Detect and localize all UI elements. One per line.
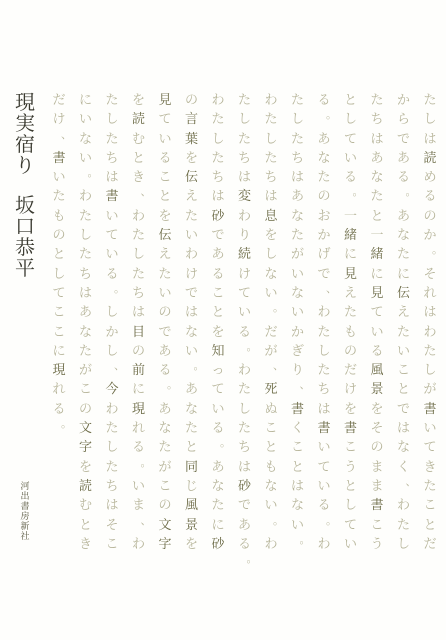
text-char: 。 (288, 535, 308, 554)
text-char: れ (129, 419, 149, 438)
text-char: し (394, 535, 414, 554)
text-char: 。 (102, 284, 122, 303)
text-char: そ (420, 265, 440, 284)
text-char: 読 (129, 110, 149, 129)
text-char: が (420, 380, 440, 399)
text-char: こ (155, 477, 175, 496)
text-char: い (288, 265, 308, 284)
text-char: 書 (367, 496, 387, 515)
text-char: い (235, 303, 255, 322)
text-char: た (208, 149, 228, 168)
text-char: に (341, 245, 361, 264)
text-char: わ (102, 400, 122, 419)
text-char: む (129, 130, 149, 149)
text-char: し (102, 438, 122, 457)
text-char: と (420, 516, 440, 535)
text-char: ち (288, 149, 308, 168)
text-char: は (288, 168, 308, 187)
text-char: に (394, 265, 414, 284)
text-char: て (367, 303, 387, 322)
text-char: を (341, 400, 361, 419)
text-char: え (182, 187, 202, 206)
text-char: た (288, 91, 308, 110)
text-column: たしは読めるのか。それはわたしが書いてきたことだ (420, 91, 440, 554)
text-char: と (76, 516, 96, 535)
text-char: は (420, 130, 440, 149)
text-char: え (394, 303, 414, 322)
text-char: 。 (235, 342, 255, 361)
text-char: け (49, 110, 69, 129)
text-char: 。 (129, 458, 149, 477)
text-char: あ (76, 303, 96, 322)
text-char: 死 (261, 380, 281, 399)
text-char: わ (261, 535, 281, 554)
text-char: れ (420, 284, 440, 303)
text-char: し (420, 361, 440, 380)
text-char: ち (261, 168, 281, 187)
text-char: い (102, 207, 122, 226)
text-char: た (102, 130, 122, 149)
text-char: を (367, 400, 387, 419)
text-char: と (261, 438, 281, 457)
text-char: 見 (367, 284, 387, 303)
text-char: わ (235, 207, 255, 226)
text-char: け (182, 265, 202, 284)
text-char: 現 (129, 400, 149, 419)
text-char: に (76, 91, 96, 110)
text-char: た (394, 245, 414, 264)
text-char: て (341, 516, 361, 535)
text-char: た (341, 303, 361, 322)
text-char: い (49, 168, 69, 187)
text-char: し (102, 110, 122, 129)
text-char: を (261, 226, 281, 245)
text-char: ち (76, 265, 96, 284)
text-char: も (341, 323, 361, 342)
text-char: ち (102, 149, 122, 168)
text-column: からである。あなたに伝えたいことではなく、わたし (394, 91, 414, 554)
text-char: あ (155, 400, 175, 419)
text-char: 景 (367, 380, 387, 399)
text-char: 文 (76, 419, 96, 438)
text-char: と (394, 380, 414, 399)
text-char: こ (420, 496, 440, 515)
text-char: て (341, 130, 361, 149)
text-char: あ (208, 245, 228, 264)
text-char: は (102, 496, 122, 515)
text-char: 、 (102, 361, 122, 380)
text-char: た (208, 496, 228, 515)
text-char: 、 (129, 187, 149, 206)
text-char: じ (182, 477, 202, 496)
text-char: こ (155, 168, 175, 187)
text-column: たしたちは変わり続けている。わたしたちは砂である。 (235, 91, 255, 573)
text-char: ま (367, 458, 387, 477)
text-char: な (182, 323, 202, 342)
text-char: 。 (155, 380, 175, 399)
text-char: わ (314, 535, 334, 554)
text-char: は (288, 477, 308, 496)
vertical-char: 恭 (14, 237, 36, 258)
text-char: あ (182, 380, 202, 399)
text-char: 字 (155, 535, 175, 554)
text-char: こ (49, 303, 69, 322)
text-char: た (420, 342, 440, 361)
text-char: の (420, 207, 440, 226)
text-char: た (155, 265, 175, 284)
text-char: く (288, 419, 308, 438)
text-char: る (155, 149, 175, 168)
text-column: たしたちはあなたがいないかぎり、書くことはない。 (288, 91, 308, 554)
text-char: た (314, 168, 334, 187)
text-char: な (261, 477, 281, 496)
text-char: 文 (155, 516, 175, 535)
text-char: が (288, 245, 308, 264)
text-char: か (102, 323, 122, 342)
text-char: え (341, 284, 361, 303)
text-char: は (314, 400, 334, 419)
text-char: う (341, 458, 361, 477)
text-char: だ (420, 535, 440, 554)
text-char: こ (341, 438, 361, 457)
text-char: ぬ (261, 400, 281, 419)
text-char: わ (420, 323, 440, 342)
text-char: こ (288, 438, 308, 457)
text-column: だけ、書いたものとしてここに現れる。 (49, 91, 69, 438)
text-char: た (261, 149, 281, 168)
vertical-char: 宿 (14, 134, 36, 155)
text-char: し (288, 110, 308, 129)
text-char: ち (235, 438, 255, 457)
text-char: 変 (235, 187, 255, 206)
text-char: し (261, 245, 281, 264)
text-char: な (155, 419, 175, 438)
book-title: 現実宿り (14, 92, 36, 176)
text-char: わ (129, 535, 149, 554)
text-char: た (394, 323, 414, 342)
text-char: し (76, 226, 96, 245)
text-char: は (367, 130, 387, 149)
text-char: 同 (182, 458, 202, 477)
text-char: た (235, 130, 255, 149)
vertical-char: 書 (19, 502, 31, 512)
text-char: 、 (394, 477, 414, 496)
text-char: わ (208, 91, 228, 110)
text-char: は (420, 303, 440, 322)
text-char: り (235, 226, 255, 245)
text-char: だ (261, 323, 281, 342)
text-char: で (394, 400, 414, 419)
text-char: る (129, 438, 149, 457)
text-char: こ (261, 419, 281, 438)
text-char: し (420, 110, 440, 129)
text-char: 。 (235, 554, 255, 573)
text-char: 、 (288, 380, 308, 399)
vertical-char: 河 (19, 482, 31, 492)
text-char: い (155, 284, 175, 303)
text-char: む (76, 496, 96, 515)
text-char: た (76, 245, 96, 264)
text-char: け (235, 265, 255, 284)
text-char: い (341, 149, 361, 168)
text-char: に (367, 265, 387, 284)
text-char: あ (314, 130, 334, 149)
text-char: と (129, 149, 149, 168)
text-char: 。 (420, 245, 440, 264)
text-char: と (341, 477, 361, 496)
text-column: を読むとき、わたしたちは目の前に現れる。いま、わ (129, 91, 149, 554)
text-char: は (76, 284, 96, 303)
vertical-char: 平 (14, 258, 36, 279)
text-char: し (102, 303, 122, 322)
text-column: わたしたちは息をしない。だが、死ぬこともない。わ (261, 91, 281, 554)
text-char: な (288, 496, 308, 515)
text-char: 。 (341, 187, 361, 206)
text-char: な (394, 226, 414, 245)
text-char: 。 (76, 168, 96, 187)
text-char: 砂 (235, 477, 255, 496)
text-char: の (76, 400, 96, 419)
text-char: 緒 (367, 245, 387, 264)
text-char: 読 (76, 477, 96, 496)
vertical-char: り (14, 155, 36, 176)
text-char: 。 (394, 187, 414, 206)
text-char: に (49, 342, 69, 361)
text-char: て (208, 380, 228, 399)
text-char: の (367, 438, 387, 457)
text-char: と (182, 438, 202, 457)
text-char: い (420, 419, 440, 438)
text-char: な (367, 168, 387, 187)
text-char: し (261, 130, 281, 149)
vertical-char: 現 (14, 92, 36, 113)
text-char: で (182, 284, 202, 303)
text-char: だ (341, 361, 361, 380)
text-char: え (155, 245, 175, 264)
text-char: た (208, 110, 228, 129)
text-char: そ (367, 419, 387, 438)
text-char: し (341, 110, 361, 129)
vertical-char: 房 (19, 512, 31, 522)
text-column: たちはあなたと一緒に見ている風景をそのまま書こう (367, 91, 387, 554)
text-char: わ (314, 303, 334, 322)
text-column: の言葉を伝えたいわけではない。あなたと同じ風景を (182, 91, 202, 554)
text-char: あ (288, 187, 308, 206)
text-char: 風 (182, 496, 202, 515)
text-char: い (102, 245, 122, 264)
text-char: た (420, 91, 440, 110)
text-char: 。 (182, 361, 202, 380)
title-author-block: 現実宿り 坂口恭平 (14, 92, 36, 279)
text-char: め (420, 168, 440, 187)
text-char: る (235, 323, 255, 342)
text-char: た (235, 91, 255, 110)
text-char: わ (182, 245, 202, 264)
text-char: を (208, 323, 228, 342)
text-char: し (314, 342, 334, 361)
text-char: げ (314, 245, 334, 264)
text-char: 、 (129, 516, 149, 535)
text-char: て (49, 284, 69, 303)
text-char: い (367, 323, 387, 342)
text-char: か (288, 323, 308, 342)
text-char: な (182, 400, 202, 419)
text-char: は (235, 458, 255, 477)
text-char: な (261, 265, 281, 284)
text-char: し (235, 400, 255, 419)
text-char: と (155, 187, 175, 206)
text-char: は (182, 303, 202, 322)
text-char: た (129, 226, 149, 245)
vertical-char: 坂 (14, 195, 36, 216)
vertical-char: 新 (19, 522, 31, 532)
text-char: を (155, 207, 175, 226)
text-char: わ (76, 187, 96, 206)
text-char: の (341, 342, 361, 361)
text-char: 緒 (341, 226, 361, 245)
text-char: は (102, 168, 122, 187)
text-char: あ (235, 516, 255, 535)
text-char: ち (367, 110, 387, 129)
text-char: 。 (208, 438, 228, 457)
text-char: た (394, 516, 414, 535)
text-char: こ (208, 284, 228, 303)
text-char: か (394, 91, 414, 110)
text-char: た (182, 419, 202, 438)
text-char: た (102, 419, 122, 438)
text-char: あ (208, 458, 228, 477)
text-char: ぎ (288, 342, 308, 361)
text-char: 見 (341, 265, 361, 284)
text-column: 見ていることを伝えたいのである。あなたがこの文字 (155, 91, 175, 554)
text-char: あ (155, 342, 175, 361)
text-char: 続 (235, 245, 255, 264)
text-char: 読 (420, 149, 440, 168)
text-char: た (76, 207, 96, 226)
text-char: し (49, 265, 69, 284)
text-char: い (208, 400, 228, 419)
book-cover: たしは読めるのか。それはわたしが書いてきたことだからである。あなたに伝えたいこと… (0, 0, 446, 640)
text-char: の (314, 187, 334, 206)
text-char: 書 (314, 419, 334, 438)
text-char: そ (102, 516, 122, 535)
text-char: 書 (420, 400, 440, 419)
text-char: が (76, 361, 96, 380)
text-char: に (208, 516, 228, 535)
text-char: に (129, 380, 149, 399)
text-char: は (261, 187, 281, 206)
text-char: な (76, 323, 96, 342)
text-char: 一 (367, 226, 387, 245)
text-char: ち (208, 168, 228, 187)
text-char: を (76, 458, 96, 477)
text-char: わ (261, 91, 281, 110)
text-char: の (49, 226, 69, 245)
text-char: た (102, 458, 122, 477)
text-char: い (341, 535, 361, 554)
text-char: の (129, 342, 149, 361)
text-char: 風 (367, 361, 387, 380)
text-char: て (314, 458, 334, 477)
text-char: か (314, 226, 334, 245)
text-char: も (49, 207, 69, 226)
text-char: 字 (76, 438, 96, 457)
text-char: ち (102, 477, 122, 496)
text-char: 。 (49, 419, 69, 438)
text-char: た (288, 130, 308, 149)
text-char: 伝 (394, 284, 414, 303)
text-char: る (314, 496, 334, 515)
text-char: わ (394, 496, 414, 515)
text-char: お (314, 207, 334, 226)
text-char: 。 (261, 516, 281, 535)
text-char: な (288, 207, 308, 226)
text-char: だ (49, 91, 69, 110)
text-char: あ (394, 207, 414, 226)
text-char: こ (76, 380, 96, 399)
text-char: い (182, 226, 202, 245)
text-char: な (76, 130, 96, 149)
text-char: ち (314, 380, 334, 399)
text-char: で (208, 226, 228, 245)
text-char: て (235, 284, 255, 303)
text-char: 。 (314, 516, 334, 535)
text-char: 今 (102, 380, 122, 399)
text-column: としている。一緒に見えたものだけを書こうとしてい (341, 91, 361, 554)
text-char: で (235, 496, 255, 515)
text-char: 砂 (208, 535, 228, 554)
text-char: 目 (129, 323, 149, 342)
text-char: な (208, 477, 228, 496)
text-char: と (341, 91, 361, 110)
text-char: い (155, 130, 175, 149)
text-char: い (314, 438, 334, 457)
text-char: た (367, 187, 387, 206)
text-char: き (420, 458, 440, 477)
text-char: 書 (102, 187, 122, 206)
text-char: ち (129, 284, 149, 303)
text-char: を (182, 149, 202, 168)
text-char: た (235, 419, 255, 438)
text-char: う (367, 535, 387, 554)
text-char: し (129, 245, 149, 264)
text-column: たしたちは書いている。しかし、今わたしたちはそこ (102, 91, 122, 554)
text-char: あ (367, 149, 387, 168)
text-char: こ (367, 516, 387, 535)
text-char: る (420, 187, 440, 206)
text-column: わたしたちは砂であることを知っている。あなたに砂 (208, 91, 228, 554)
text-char: 景 (182, 516, 202, 535)
text-char: 。 (314, 110, 334, 129)
text-char: た (102, 91, 122, 110)
text-char: る (208, 265, 228, 284)
text-char: の (182, 91, 202, 110)
cover-body-text: たしは読めるのか。それはわたしが書いてきたことだからである。あなたに伝えたいこと… (0, 0, 446, 640)
text-char: と (367, 207, 387, 226)
text-column: る。あなたのおかげで、わたしたちは書いている。わ (314, 91, 334, 554)
text-char: た (288, 226, 308, 245)
text-char: い (314, 477, 334, 496)
text-char: 、 (49, 130, 69, 149)
text-char: ち (235, 149, 255, 168)
vertical-char: 出 (19, 492, 31, 502)
text-char: わ (235, 361, 255, 380)
text-char: あ (394, 149, 414, 168)
text-char: る (367, 342, 387, 361)
text-char: た (155, 438, 175, 457)
text-char: と (288, 458, 308, 477)
text-char: し (235, 110, 255, 129)
